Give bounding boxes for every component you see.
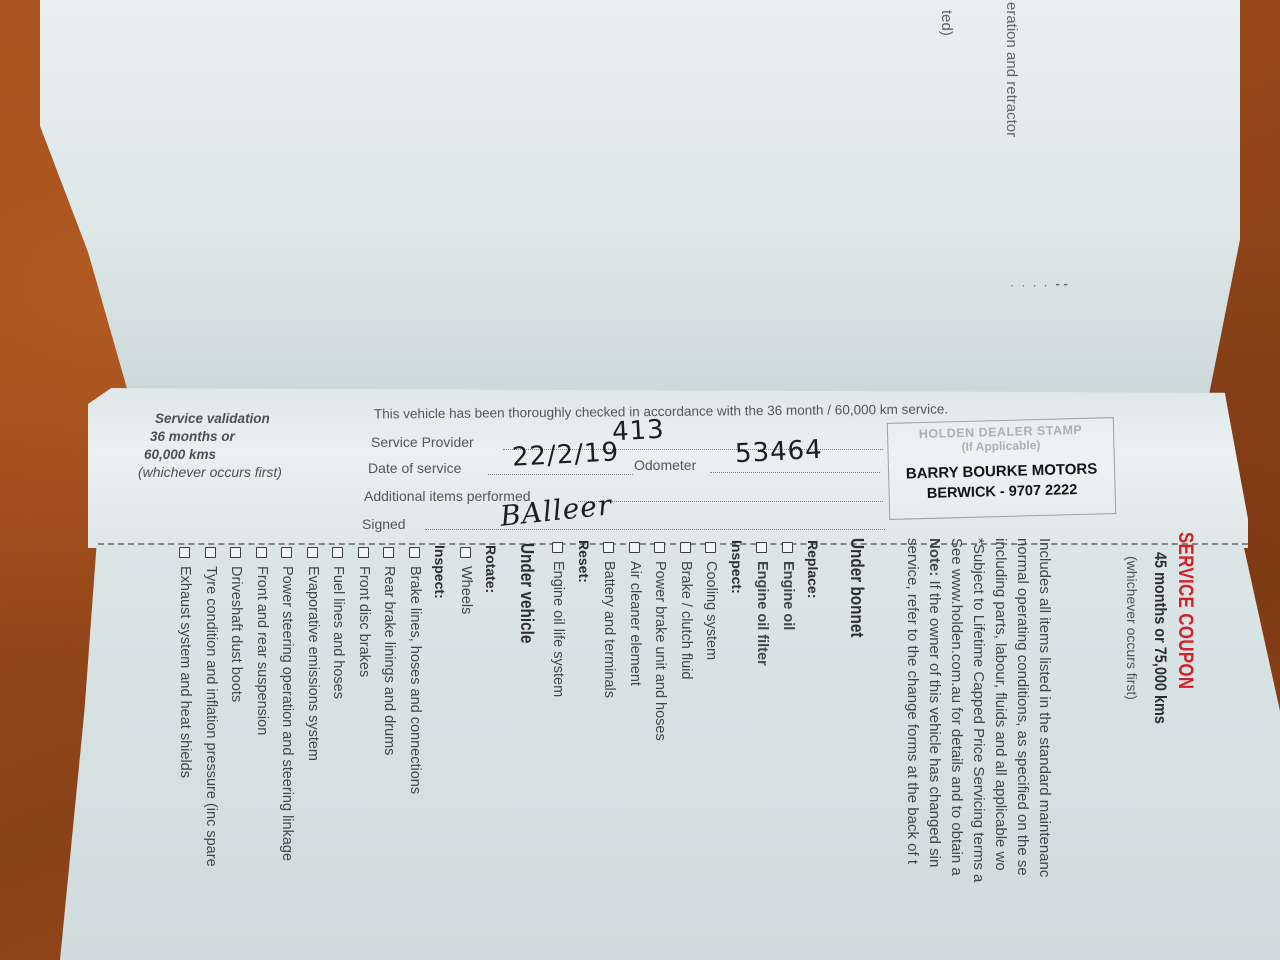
checklist-item-label: Cooling system (703, 561, 719, 660)
checkbox-icon[interactable] (358, 547, 369, 558)
coupon-body-line-2: normal operating conditions, as specifie… (1014, 538, 1031, 876)
date-of-service-value: 22/2/19 (511, 437, 620, 473)
note-label: Note: (926, 538, 943, 576)
upper-booklet-page (40, 0, 1240, 420)
checklist-item-label: Battery and terminals (601, 561, 617, 698)
checklist-item[interactable]: Front and rear suspension (254, 547, 270, 735)
checklist-item-label: Brake / clutch fluid (678, 561, 694, 679)
partial-text-ted: ted) (938, 10, 955, 36)
coupon-note-line-1: Note: If the owner of this vehicle has c… (926, 538, 943, 867)
checkbox-icon[interactable] (409, 547, 420, 558)
under-bonnet-heading: Under bonnet (846, 538, 867, 637)
under-vehicle-section-inspect: Inspect: (432, 545, 448, 599)
date-line (488, 474, 633, 475)
checkbox-icon[interactable] (333, 547, 344, 558)
odometer-label: Odometer (634, 457, 696, 473)
checkbox-icon[interactable] (231, 547, 242, 558)
note-text-1: If the owner of this vehicle has changed… (926, 581, 943, 868)
checklist-item[interactable]: Air cleaner element (627, 542, 643, 686)
signed-label: Signed (362, 516, 406, 532)
odometer-value: 53464 (734, 435, 823, 470)
date-of-service-label: Date of service (368, 460, 461, 476)
checklist-item[interactable]: Tyre condition and inflation pressure (i… (203, 547, 219, 867)
under-vehicle-heading: Under vehicle (516, 543, 537, 643)
stamp-dealer-name: BARRY BOURKE MOTORS (889, 460, 1114, 483)
checkbox-icon[interactable] (553, 542, 564, 553)
checkbox-icon[interactable] (680, 542, 691, 553)
checkbox-icon[interactable] (706, 542, 717, 553)
coupon-body-line-5: See www.holden.com.au for details and to… (948, 538, 965, 876)
checklist-item-label: Wheels (458, 566, 474, 614)
checklist-item[interactable]: Brake lines, hoses and connections (407, 547, 423, 794)
checkbox-icon[interactable] (282, 547, 293, 558)
checklist-item-label: Rear brake linings and drums (381, 566, 397, 755)
checklist-item-label: Air cleaner element (627, 561, 643, 686)
service-provider-value: 413 (611, 415, 665, 448)
validation-whichever: (whichever occurs first) (138, 464, 282, 480)
service-provider-label: Service Provider (371, 434, 474, 450)
checklist-item[interactable]: Power steering operation and steering li… (279, 547, 295, 861)
coupon-body-line-3: including parts, labour, fluids and all … (992, 538, 1009, 871)
checkbox-icon[interactable] (629, 542, 640, 553)
checklist-item-label: Front disc brakes (356, 566, 372, 677)
checklist-item[interactable]: Driveshaft dust boots (228, 547, 244, 702)
dealer-stamp: HOLDEN DEALER STAMP (If Applicable) BARR… (887, 417, 1116, 520)
checklist-item-label: Exhaust system and heat shields (177, 566, 193, 778)
additional-items-line (578, 501, 883, 502)
coupon-note-line-2: service, refer to the change forms at th… (904, 538, 921, 864)
coupon-interval: 45 months or 75,000 kms (1150, 552, 1170, 724)
coupon-title: SERVICE COUPON (1173, 532, 1197, 689)
checkbox-icon[interactable] (180, 547, 191, 558)
checklist-item-label: Engine oil life system (550, 561, 566, 697)
checklist-item[interactable]: Engine oil life system (550, 542, 566, 697)
under-bonnet-section-reset: Reset: (576, 540, 592, 583)
coupon-body-line-1: Includes all items listed in the standar… (1036, 538, 1053, 877)
checklist-item[interactable]: Fuel lines and hoses (330, 547, 346, 699)
signed-line (425, 529, 885, 530)
checklist-item-label: Engine oil filter (754, 561, 770, 666)
validation-label-line1: Service validation (155, 411, 270, 426)
redacted-mark: · · · ∙ ⁃⁃ (1010, 278, 1071, 292)
coupon-whichever: (whichever occurs first) (1124, 556, 1140, 700)
checklist-item[interactable]: Exhaust system and heat shields (177, 547, 193, 778)
checkbox-icon[interactable] (460, 547, 471, 558)
checklist-item-label: Power brake unit and hoses (652, 561, 668, 741)
under-bonnet-section-replace: Replace: (805, 540, 821, 598)
checklist-item-label: Brake lines, hoses and connections (407, 566, 423, 794)
validation-label-line3: 60,000 kms (144, 447, 216, 462)
checklist-item-label: Driveshaft dust boots (228, 566, 244, 702)
under-bonnet-section-inspect: Inspect: (729, 540, 745, 594)
coupon-body-line-4: *Subject to Lifetime Capped Price Servic… (970, 538, 987, 882)
checklist-item[interactable]: Brake / clutch fluid (678, 542, 694, 679)
perforation-line (98, 543, 1248, 545)
checklist-item[interactable]: Rear brake linings and drums (381, 547, 397, 755)
checklist-item[interactable]: Engine oil (780, 542, 796, 630)
checklist-item-label: Tyre condition and inflation pressure (i… (203, 566, 219, 867)
checkbox-icon[interactable] (604, 542, 615, 553)
checklist-item[interactable]: Power brake unit and hoses (652, 542, 668, 741)
checklist-item[interactable]: Battery and terminals (601, 542, 617, 698)
checklist-item[interactable]: Front disc brakes (356, 547, 372, 677)
checkbox-icon[interactable] (256, 547, 267, 558)
checkbox-icon[interactable] (782, 542, 793, 553)
checklist-item-label: Power steering operation and steering li… (279, 566, 295, 861)
checkbox-icon[interactable] (307, 547, 318, 558)
checklist-item[interactable]: Evaporative emissions system (305, 547, 321, 761)
validation-label-line2: 36 months or (150, 429, 235, 444)
partial-text-retractor: eration and retractor (1003, 2, 1020, 137)
checklist-item-label: Fuel lines and hoses (330, 566, 346, 699)
checklist-item[interactable]: Wheels (458, 547, 474, 614)
checkbox-icon[interactable] (757, 542, 768, 553)
checklist-item-label: Evaporative emissions system (305, 566, 321, 761)
under-vehicle-section-rotate: Rotate: (483, 545, 499, 593)
checklist-item-label: Front and rear suspension (254, 566, 270, 735)
checkbox-icon[interactable] (205, 547, 216, 558)
odometer-line (710, 472, 880, 473)
checklist-item[interactable]: Engine oil filter (754, 542, 770, 666)
checkbox-icon[interactable] (384, 547, 395, 558)
checklist-item[interactable]: Cooling system (703, 542, 719, 660)
stamp-location-phone: BERWICK - 9707 2222 (889, 481, 1114, 503)
checklist-item-label: Engine oil (780, 561, 796, 630)
checkbox-icon[interactable] (655, 542, 666, 553)
